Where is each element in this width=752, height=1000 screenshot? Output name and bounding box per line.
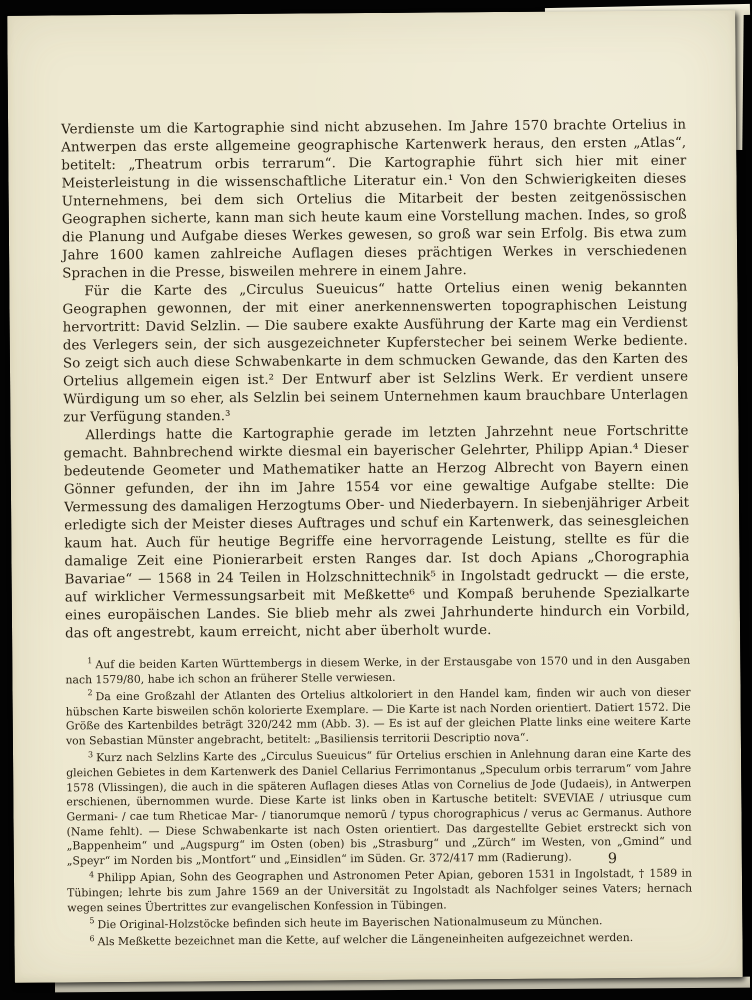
footnote-marker: 5 <box>89 917 94 926</box>
footnote-text: Auf die beiden Karten Württembergs in di… <box>65 654 690 687</box>
body-paragraph: Allerdings hatte die Kartographie gerade… <box>63 423 690 644</box>
body-paragraph: Verdienste um die Kartographie sind nich… <box>61 117 687 284</box>
page-text-block: Verdienste um die Kartographie sind nich… <box>61 117 693 953</box>
footnote-marker: 4 <box>89 870 94 879</box>
footnote-marker: 2 <box>87 689 92 698</box>
footnote-text: Kurz nach Selzlins Karte des „Circulus S… <box>66 747 692 868</box>
body-paragraph: Für die Karte des „Circulus Sueuicus“ ha… <box>62 279 688 428</box>
footnote: 3Kurz nach Selzlins Karte des „Circulus … <box>66 747 692 870</box>
footnote-marker: 6 <box>89 934 94 943</box>
footnote-text: Philipp Apian, Sohn des Geographen und A… <box>67 867 692 914</box>
footnote-text: Als Meßkette bezeichnet man die Kette, a… <box>98 931 634 948</box>
footnote: 5Die Original-Holzstöcke befinden sich h… <box>67 913 692 933</box>
footnote: 2Da eine Großzahl der Atlanten des Ortel… <box>66 685 691 749</box>
footnote-text: Die Original-Holzstöcke befinden sich he… <box>97 914 602 931</box>
body-text: Verdienste um die Kartographie sind nich… <box>61 117 690 644</box>
scan-background: Verdienste um die Kartographie sind nich… <box>0 0 752 1000</box>
footnote-marker: 1 <box>87 657 92 666</box>
page-number: 9 <box>608 851 617 867</box>
book-page: Verdienste um die Kartographie sind nich… <box>7 10 743 983</box>
footnote: 6Als Meßkette bezeichnet man die Kette, … <box>67 931 692 951</box>
footnote: 1Auf die beiden Karten Württembergs in d… <box>65 654 690 688</box>
footnote: 4Philipp Apian, Sohn des Geographen und … <box>67 867 692 916</box>
footnote-text: Da eine Großzahl der Atlanten des Orteli… <box>66 685 691 747</box>
footnote-marker: 3 <box>88 750 93 759</box>
footnotes-section: 1Auf die beiden Karten Württembergs in d… <box>65 654 692 951</box>
